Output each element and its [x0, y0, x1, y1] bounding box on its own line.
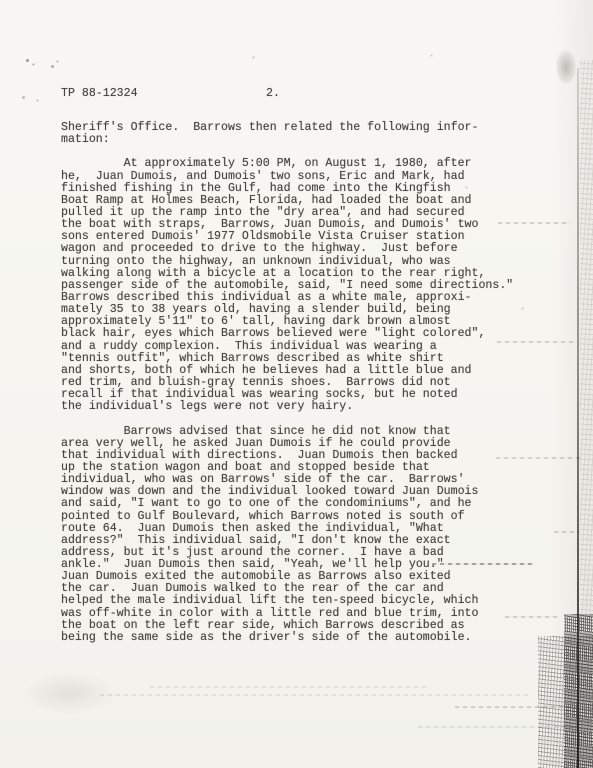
text-line: was off-white in color with a little red… — [61, 608, 541, 620]
scan-noise-smudge-bottomleft — [22, 672, 117, 714]
scan-noise-streak — [496, 457, 580, 459]
text-line: walking along with a bicycle at a locati… — [61, 268, 541, 280]
file-number: TP 88-12324 — [61, 88, 138, 100]
scan-noise-streak — [100, 694, 530, 696]
scan-noise-smudge-topright — [556, 50, 576, 84]
text-line: he, Juan Dumois, and Dumois' two sons, E… — [61, 171, 541, 183]
text-line: mation: — [61, 134, 541, 146]
text-line: black hair, eyes which Barrows believed … — [61, 328, 541, 340]
paragraph: Barrows advised that since he did not kn… — [61, 426, 541, 645]
text-line: the individual's legs were not very hair… — [61, 401, 541, 413]
scan-noise-streak — [498, 222, 570, 224]
text-line: pointed to Gulf Boulevard, which Barrows… — [61, 511, 541, 523]
document-body: Sheriff's Office. Barrows then related t… — [61, 122, 541, 656]
paragraph: Sheriff's Office. Barrows then related t… — [61, 122, 541, 146]
paragraph: At approximately 5:00 PM, on August 1, 1… — [61, 158, 541, 413]
text-line: turning onto the highway, an unknown ind… — [61, 256, 541, 268]
text-line: area very well, he asked Juan Dumois if … — [61, 438, 541, 450]
scan-noise-streak — [554, 531, 580, 533]
text-line: route 64. Juan Dumois then asked the ind… — [61, 523, 541, 535]
text-line: and said, "I want to go to one of the co… — [61, 498, 541, 510]
text-line: wagon and proceeded to drive to the high… — [61, 243, 541, 255]
page-header: TP 88-12324 2. — [0, 88, 593, 101]
text-line: and a ruddy complexion. This individual … — [61, 341, 541, 353]
scan-noise-streak — [455, 706, 577, 708]
scan-noise-streak — [497, 341, 577, 343]
scan-noise-streak — [418, 726, 578, 728]
text-line: "tennis outfit", which Barrows described… — [61, 353, 541, 365]
scan-noise-right-edge-fuzz — [580, 60, 593, 630]
scan-noise-streak — [150, 686, 430, 688]
text-line: being the same side as the driver's side… — [61, 632, 541, 644]
text-line: Sheriff's Office. Barrows then related t… — [61, 122, 541, 134]
scan-noise-specks-topleft — [0, 0, 1, 1]
text-line: At approximately 5:00 PM, on August 1, 1… — [61, 158, 541, 170]
text-line: Barrows advised that since he did not kn… — [61, 426, 541, 438]
text-line: helped the male individual lift the ten-… — [61, 595, 541, 607]
page-number: 2. — [266, 88, 280, 100]
scan-noise-streak — [432, 563, 534, 565]
scan-noise-streak — [505, 616, 559, 618]
scan-noise-bottom-right-dense — [564, 614, 593, 768]
scanned-document-page: TP 88-12324 2. Sheriff's Office. Barrows… — [0, 0, 593, 768]
